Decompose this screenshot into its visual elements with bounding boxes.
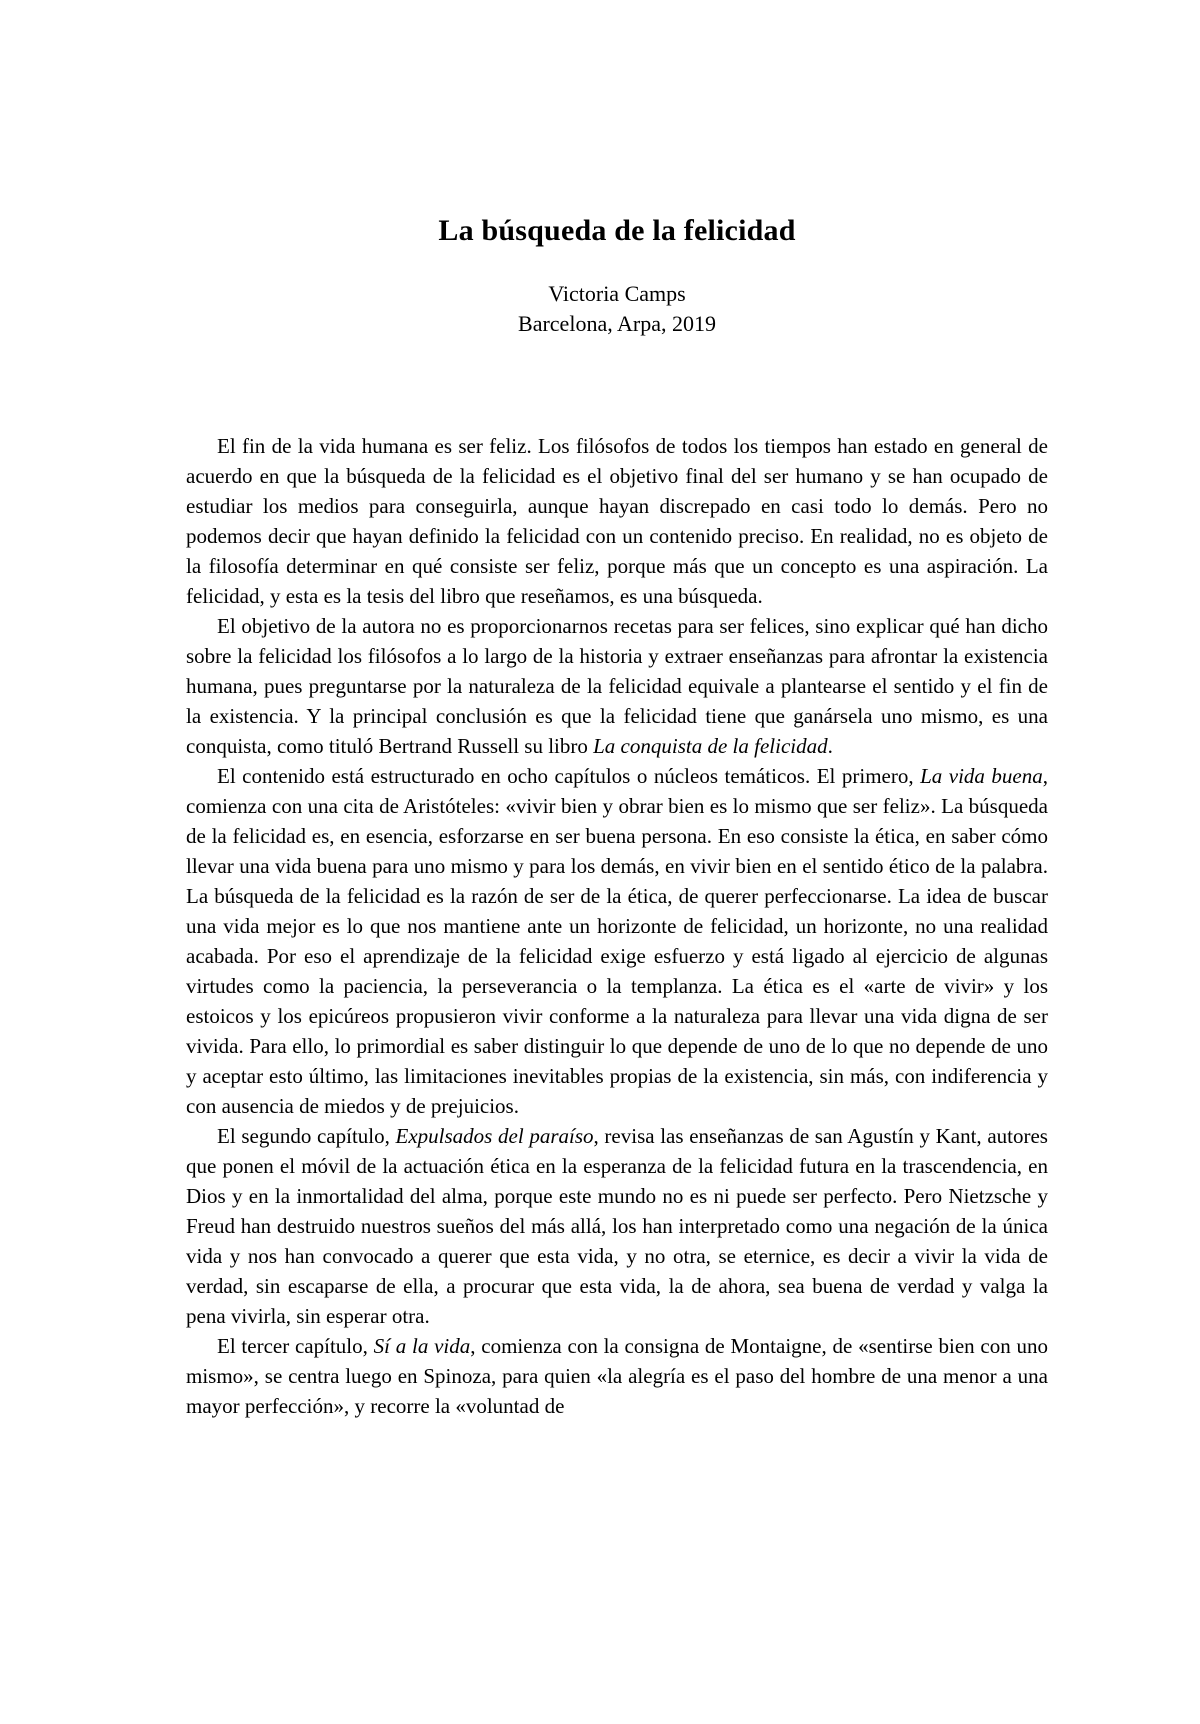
paragraph: El contenido está estructurado en ocho c… xyxy=(186,761,1048,1121)
paragraph: El tercer capítulo, Sí a la vida, comien… xyxy=(186,1331,1048,1421)
document-meta: Victoria Camps Barcelona, Arpa, 2019 xyxy=(186,279,1048,339)
document-content: La búsqueda de la felicidad Victoria Cam… xyxy=(186,0,1048,1421)
text-segment: El contenido está estructurado en ocho c… xyxy=(217,764,920,788)
document-body: El fin de la vida humana es ser feliz. L… xyxy=(186,431,1048,1421)
document-title: La búsqueda de la felicidad xyxy=(186,0,1048,249)
text-segment: El segundo capítulo, xyxy=(217,1124,396,1148)
book-title-italic: La vida buena xyxy=(920,764,1043,788)
text-segment: . xyxy=(828,734,833,758)
text-segment: , revisa las enseñanzas de san Agustín y… xyxy=(186,1124,1048,1328)
document-page: La búsqueda de la felicidad Victoria Cam… xyxy=(0,0,1200,1724)
paragraph: El fin de la vida humana es ser feliz. L… xyxy=(186,431,1048,611)
document-publication: Barcelona, Arpa, 2019 xyxy=(186,309,1048,339)
book-title-italic: Sí a la vida xyxy=(374,1334,471,1358)
text-segment: El tercer capítulo, xyxy=(217,1334,374,1358)
document-author: Victoria Camps xyxy=(186,279,1048,309)
book-title-italic: Expulsados del paraíso xyxy=(396,1124,594,1148)
text-segment: El fin de la vida humana es ser feliz. L… xyxy=(186,434,1048,608)
text-segment: , comienza con una cita de Aristóteles: … xyxy=(186,764,1048,1118)
paragraph: El segundo capítulo, Expulsados del para… xyxy=(186,1121,1048,1331)
paragraph: El objetivo de la autora no es proporcio… xyxy=(186,611,1048,761)
book-title-italic: La conquista de la felicidad xyxy=(593,734,827,758)
